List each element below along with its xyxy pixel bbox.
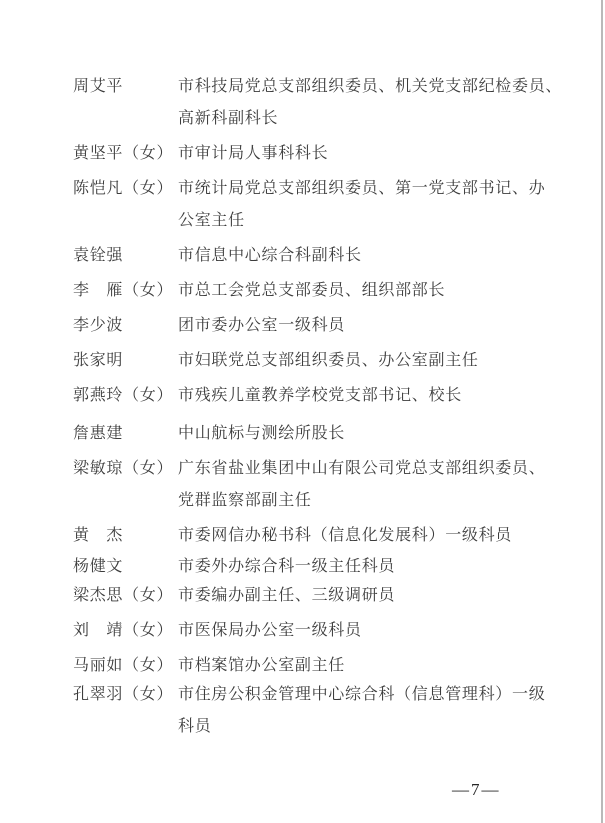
list-item: 刘 靖（女） 市医保局办公室一级科员 <box>73 615 593 647</box>
roster-list: 周艾平 市科技局党总支部组织委员、机关党支部纪检委员、 高新科副科长 黄坚平（女… <box>73 71 593 746</box>
list-item: 张家明 市妇联党总支部组织委员、办公室副主任 <box>73 345 593 377</box>
list-item: 孔翠羽（女） 市住房公积金管理中心综合科（信息管理科）一级 科员 <box>73 679 593 743</box>
person-title: 市总工会党总支部委员、组织部部长 <box>178 275 590 307</box>
person-title: 市科技局党总支部组织委员、机关党支部纪检委员、 高新科副科长 <box>178 71 590 135</box>
person-title: 市残疾儿童教养学校党支部书记、校长 <box>178 380 590 412</box>
list-item: 周艾平 市科技局党总支部组织委员、机关党支部纪检委员、 高新科副科长 <box>73 71 593 135</box>
person-title: 市档案馆办公室副主任 <box>178 650 590 682</box>
person-name: 李 雁（女） <box>73 275 178 307</box>
person-name: 李少波 <box>73 310 178 342</box>
list-item: 黄坚平（女） 市审计局人事科科长 <box>73 138 593 170</box>
person-name: 陈恺凡（女） <box>73 173 178 237</box>
person-name: 梁杰思（女） <box>73 580 178 612</box>
person-name: 马丽如（女） <box>73 650 178 682</box>
person-name: 黄 杰 <box>73 520 178 552</box>
list-item: 詹惠建 中山航标与测绘所股长 <box>73 418 593 450</box>
list-item: 杨健文 市委外办综合科一级主任科员 <box>73 551 593 583</box>
list-item: 梁敏琼（女） 广东省盐业集团中山有限公司党总支部组织委员、 党群监察部副主任 <box>73 453 593 517</box>
document-page: 周艾平 市科技局党总支部组织委员、机关党支部纪检委员、 高新科副科长 黄坚平（女… <box>0 0 605 823</box>
person-title: 市信息中心综合科副科长 <box>178 240 590 272</box>
person-title: 市委外办综合科一级主任科员 <box>178 551 590 583</box>
person-name: 孔翠羽（女） <box>73 679 178 743</box>
list-item: 郭燕玲（女） 市残疾儿童教养学校党支部书记、校长 <box>73 380 593 412</box>
person-title: 市妇联党总支部组织委员、办公室副主任 <box>178 345 590 377</box>
person-name: 郭燕玲（女） <box>73 380 178 412</box>
list-item: 李少波 团市委办公室一级科员 <box>73 310 593 342</box>
person-name: 周艾平 <box>73 71 178 135</box>
person-title: 中山航标与测绘所股长 <box>178 418 590 450</box>
person-title: 团市委办公室一级科员 <box>178 310 590 342</box>
list-item: 马丽如（女） 市档案馆办公室副主任 <box>73 650 593 682</box>
person-name: 黄坚平（女） <box>73 138 178 170</box>
list-item: 梁杰思（女） 市委编办副主任、三级调研员 <box>73 580 593 612</box>
person-name: 杨健文 <box>73 551 178 583</box>
list-item: 陈恺凡（女） 市统计局党总支部组织委员、第一党支部书记、办 公室主任 <box>73 173 593 237</box>
person-title: 市委网信办秘书科（信息化发展科）一级科员 <box>178 520 590 552</box>
list-item: 黄 杰 市委网信办秘书科（信息化发展科）一级科员 <box>73 520 593 552</box>
person-name: 袁铨强 <box>73 240 178 272</box>
list-item: 袁铨强 市信息中心综合科副科长 <box>73 240 593 272</box>
scan-edge-line <box>601 0 603 823</box>
list-item: 李 雁（女） 市总工会党总支部委员、组织部部长 <box>73 275 593 307</box>
person-name: 梁敏琼（女） <box>73 453 178 517</box>
person-title: 市委编办副主任、三级调研员 <box>178 580 590 612</box>
person-name: 张家明 <box>73 345 178 377</box>
person-name: 刘 靖（女） <box>73 615 178 647</box>
person-title: 市住房公积金管理中心综合科（信息管理科）一级 科员 <box>178 679 590 743</box>
person-title: 市医保局办公室一级科员 <box>178 615 590 647</box>
person-title: 市统计局党总支部组织委员、第一党支部书记、办 公室主任 <box>178 173 590 237</box>
person-name: 詹惠建 <box>73 418 178 450</box>
person-title: 广东省盐业集团中山有限公司党总支部组织委员、 党群监察部副主任 <box>178 453 590 517</box>
person-title: 市审计局人事科科长 <box>178 138 590 170</box>
page-number: —7— <box>452 780 501 800</box>
